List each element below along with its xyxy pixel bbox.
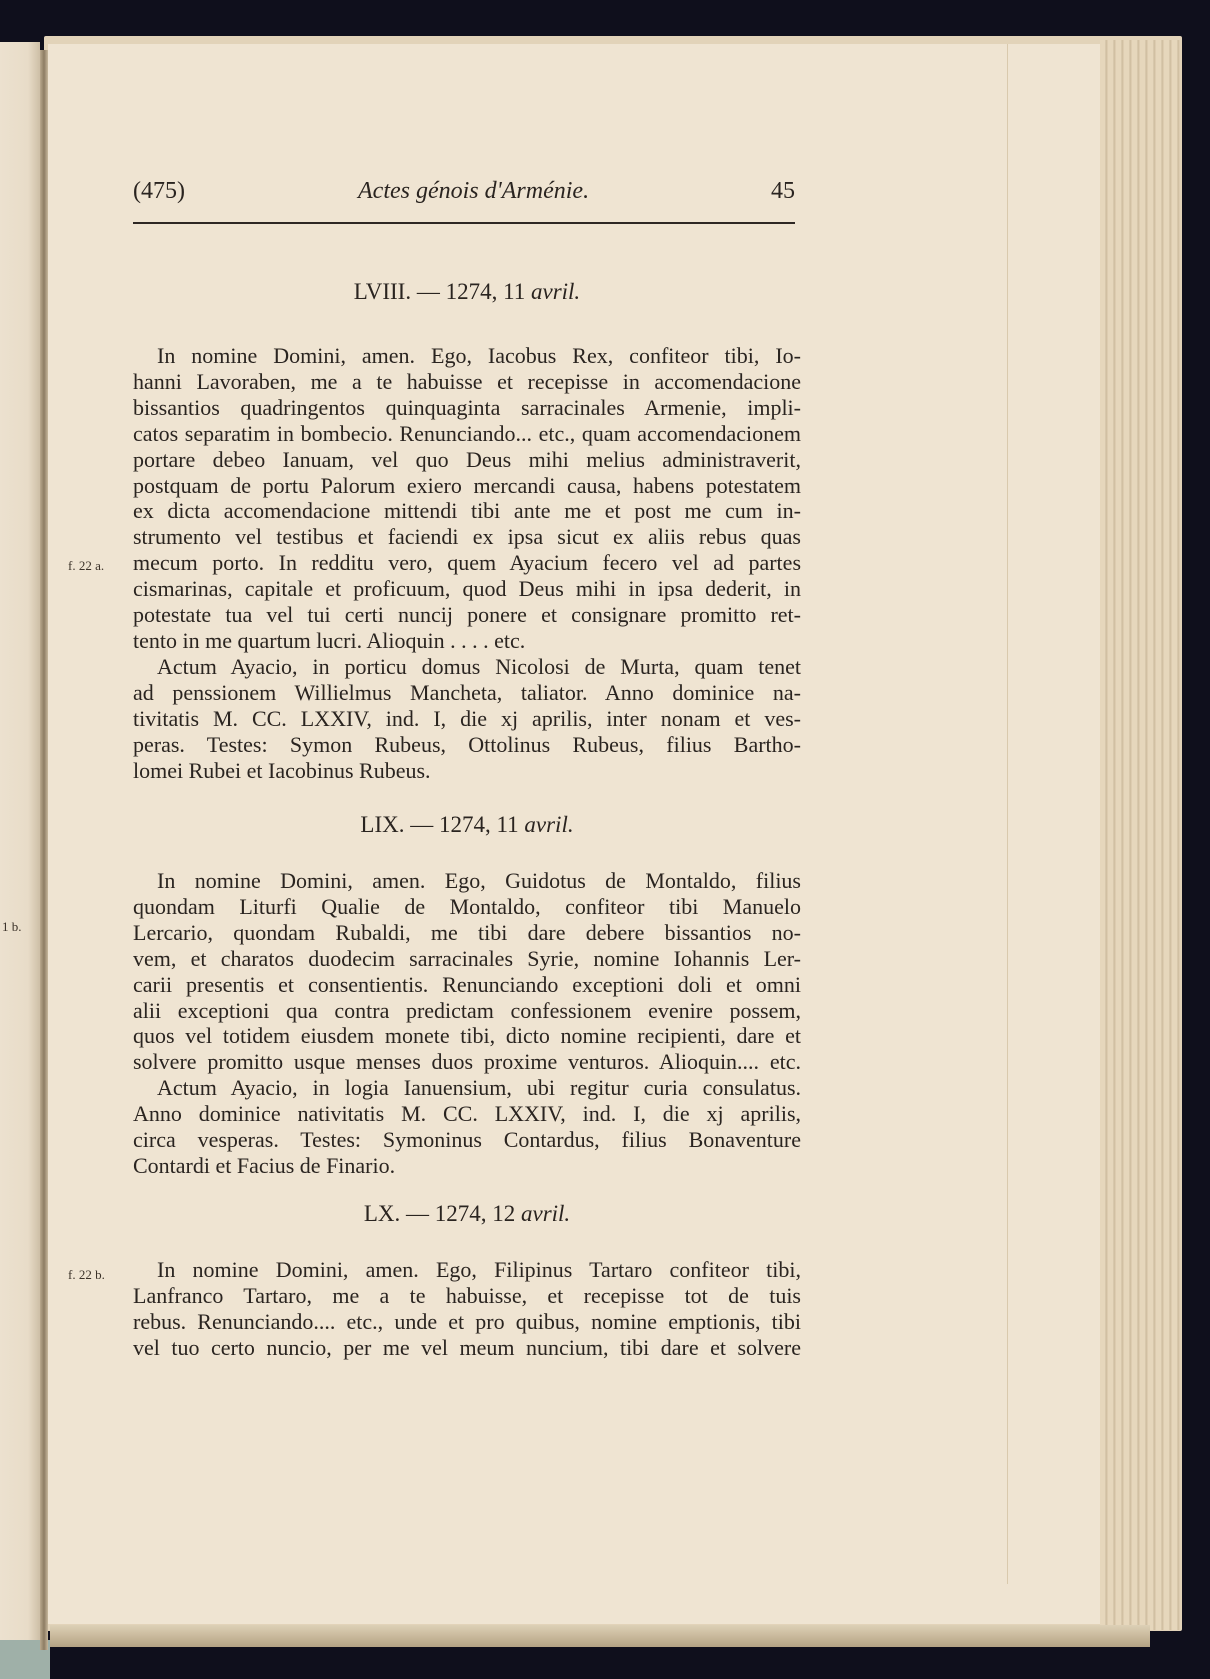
text-line: Anno dominice nativitatis M. CC. LXXIV, … [133, 1101, 801, 1127]
text-line: In nomine Domini, amen. Ego, Iacobus Rex… [133, 343, 801, 369]
section-heading-lviii: LVIII. — 1274, 11 avril. [133, 279, 801, 305]
page-edges [1100, 40, 1180, 1630]
text-line: ex dicta accomendacione mittendi tibi an… [133, 498, 801, 524]
section-number: LVIII. [354, 279, 411, 304]
text-line: portare debeo Ianuam, vel quo Deus mihi … [133, 447, 801, 473]
heading-year: 1274, [446, 279, 498, 304]
left-page-edge [0, 42, 40, 1642]
text-line: quondam Liturfi Qualie de Montaldo, conf… [133, 894, 801, 920]
text-line: solvere promitto usque menses duos proxi… [133, 1049, 801, 1075]
header-rule [133, 222, 795, 224]
text-line: tivitatis M. CC. LXXIV, ind. I, die xj a… [133, 706, 801, 732]
text-line: Lercario, quondam Rubaldi, me tibi dare … [133, 920, 801, 946]
running-head: (475) Actes génois d'Arménie. 45 [133, 178, 795, 212]
book-gutter [40, 50, 48, 1650]
heading-day: 11 [503, 279, 525, 304]
heading-month: avril. [531, 279, 580, 304]
running-head-left: (475) [133, 178, 185, 205]
text-line: cismarinas, capitale et proficuum, quod … [133, 576, 801, 602]
folio-note: f. 22 b. [68, 1267, 105, 1283]
heading-day: 12 [492, 1201, 515, 1226]
text-line: Lanfranco Tartaro, me a te habuisse, et … [133, 1283, 801, 1309]
text-line: Contardi et Facius de Finario. [133, 1153, 801, 1179]
text-line: mecum porto. In redditu vero, quem Ayaci… [133, 550, 801, 576]
text-line: vel tuo certo nuncio, per me vel meum nu… [133, 1335, 801, 1361]
heading-year: 1274, [439, 812, 491, 837]
text-line: strumento vel testibus et faciendi ex ip… [133, 524, 801, 550]
text-line: lomei Rubei et Iacobinus Rubeus. [133, 758, 801, 784]
text-line: ad penssionem Willielmus Mancheta, talia… [133, 680, 801, 706]
text-line: postquam de portu Palorum exiero mercand… [133, 473, 801, 499]
heading-year: 1274, [435, 1201, 487, 1226]
text-line: hanni Lavoraben, me a te habuisse et rec… [133, 369, 801, 395]
section-lviii-body: In nomine Domini, amen. Ego, Iacobus Rex… [133, 343, 801, 783]
text-line: potestate tua vel tui certi nuncij poner… [133, 602, 801, 628]
heading-dash: — [417, 279, 440, 304]
section-lix-body: In nomine Domini, amen. Ego, Guidotus de… [133, 868, 801, 1179]
text-line: In nomine Domini, amen. Ego, Guidotus de… [133, 868, 801, 894]
text-line: Actum Ayacio, in porticu domus Nicolosi … [133, 654, 801, 680]
heading-day: 11 [496, 812, 518, 837]
text-line: bissantios quadringentos quinquaginta sa… [133, 395, 801, 421]
heading-month: avril. [524, 812, 573, 837]
section-number: LX. [364, 1201, 400, 1226]
page-bottom-edge [50, 1625, 1150, 1647]
left-page-margin-note: 1 b. [2, 919, 22, 935]
text-line: tento in me quartum lucri. Alioquin . . … [133, 628, 801, 654]
section-lx-body: In nomine Domini, amen. Ego, Filipinus T… [133, 1257, 801, 1361]
page-number: 45 [771, 178, 795, 205]
running-head-title: Actes génois d'Arménie. [358, 178, 589, 205]
text-line: carii presentis et consentientis. Renunc… [133, 972, 801, 998]
heading-dash: — [406, 1201, 429, 1226]
heading-dash: — [410, 812, 433, 837]
text-line: peras. Testes: Symon Rubeus, Ottolinus R… [133, 732, 801, 758]
heading-month: avril. [521, 1201, 570, 1226]
section-heading-lix: LIX. — 1274, 11 avril. [133, 812, 801, 838]
folio-note: f. 22 a. [68, 558, 104, 574]
text-line: vem, et charatos duodecim sarracinales S… [133, 946, 801, 972]
text-line: catos separatim in bombecio. Renunciando… [133, 421, 801, 447]
text-line: quos vel totidem eiusdem monete tibi, di… [133, 1023, 801, 1049]
inner-sheet-edge [1007, 44, 1008, 1584]
text-line: rebus. Renunciando.... etc., unde et pro… [133, 1309, 801, 1335]
text-line: In nomine Domini, amen. Ego, Filipinus T… [133, 1257, 801, 1283]
text-line: alii exceptioni qua contra predictam con… [133, 998, 801, 1024]
text-line: circa vesperas. Testes: Symoninus Contar… [133, 1127, 801, 1153]
section-heading-lx: LX. — 1274, 12 avril. [133, 1201, 801, 1227]
section-number: LIX. [360, 812, 404, 837]
text-line: Actum Ayacio, in logia Ianuensium, ubi r… [133, 1075, 801, 1101]
